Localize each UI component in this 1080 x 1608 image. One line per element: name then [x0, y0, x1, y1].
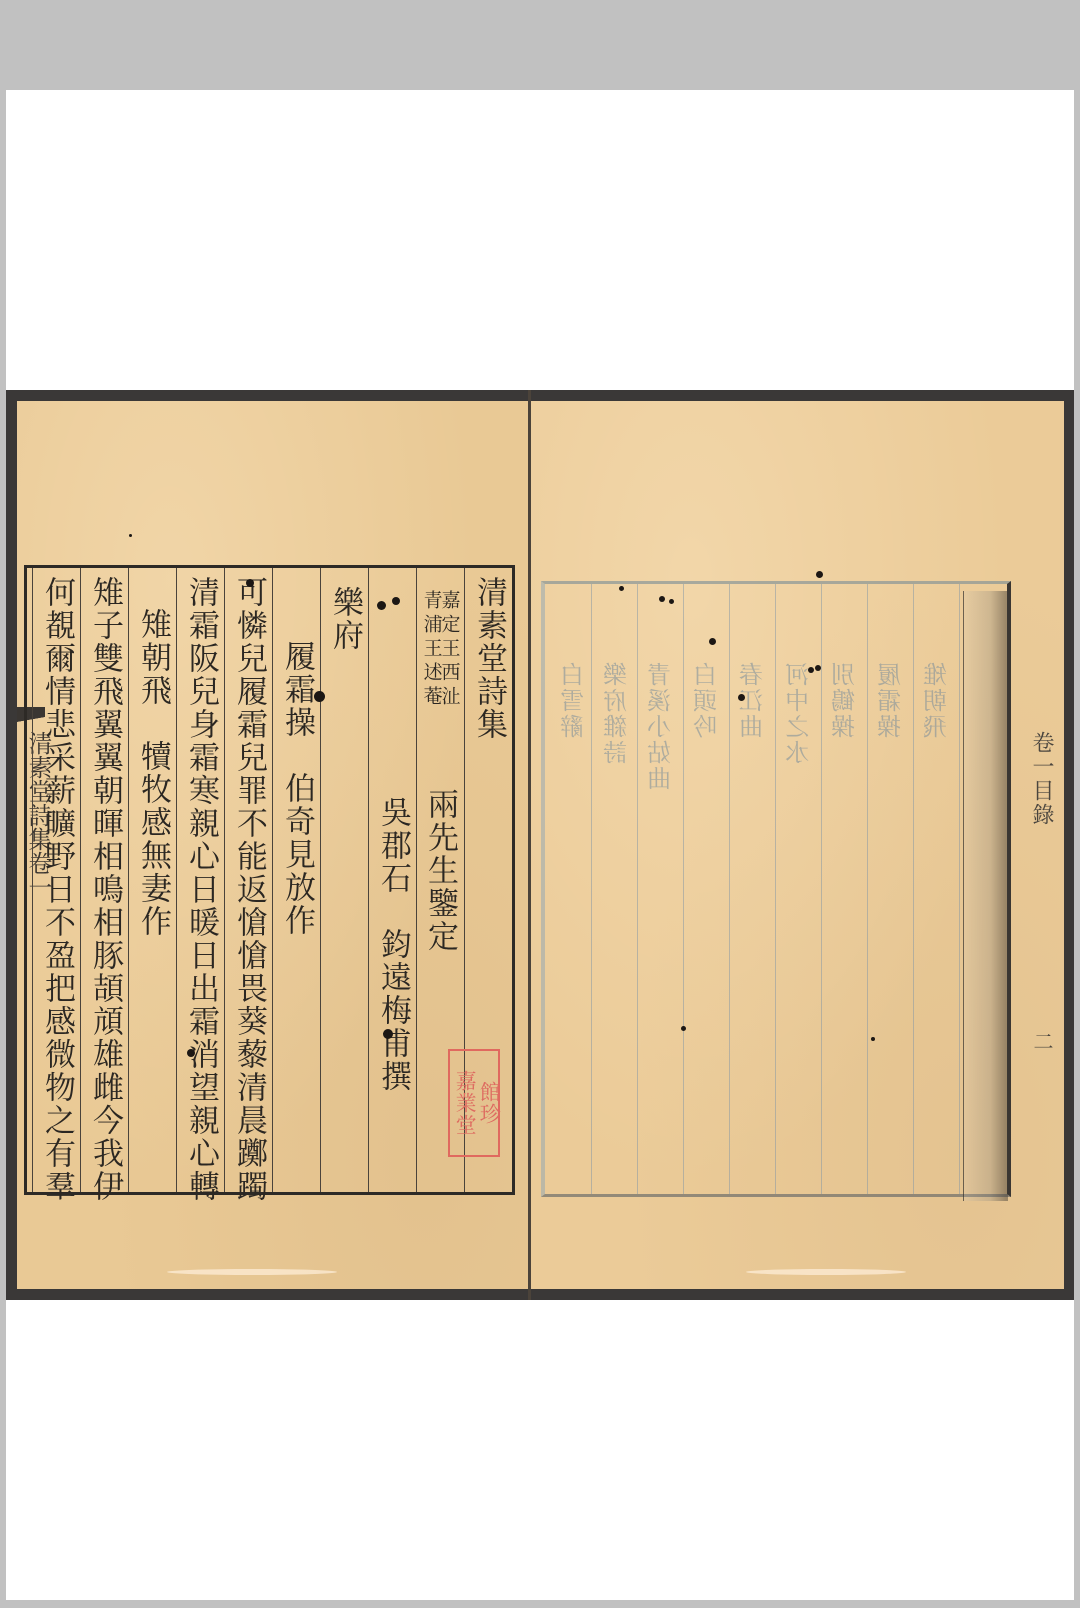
seal-text-left: 館珍 [477, 1054, 501, 1152]
wormhole-mark [681, 1026, 686, 1031]
wormhole-mark [246, 579, 254, 587]
ghost-rule [637, 584, 638, 1194]
fore-edge-label: 卷一目錄 [1026, 731, 1057, 827]
poem1-line1: 可憐兒履霜兒罪不能返愴愴畏葵藜清晨躑躅 [233, 576, 264, 1203]
ghost-rule [867, 584, 868, 1194]
wormhole-mark [808, 667, 814, 673]
poem2-title: 雉朝飛 犢牧感無妻作 [137, 608, 168, 938]
wormhole-mark [619, 586, 624, 591]
wormhole-mark [669, 599, 674, 604]
ghost-rule [821, 584, 822, 1194]
section-heading: 樂府 [329, 586, 360, 652]
text-frame-bleed-through: 白雪辭 樂府雜詩 青溪小姑曲 白頭吟 春江曲 河中之水 別鶴操 履霜操 雉朝飛 [541, 581, 1011, 1197]
wormhole-mark [709, 638, 716, 645]
ghost-rule [959, 584, 960, 1194]
wormhole-mark [187, 1049, 195, 1057]
left-page: 清素堂詩集卷一 清素堂詩集 嘉定王西沚 青浦王述菴 兩先生鑒定 吳郡石 鈞遠梅甫… [17, 401, 528, 1289]
wormhole-mark [377, 601, 386, 610]
bleed-text: 樂府雜詩 [600, 662, 635, 766]
poem2-line1: 雉子雙飛翼翼朝暉相鳴相豚頡頏雄雌今我伊 [89, 576, 120, 1203]
fore-edge: 卷一目錄 二 [1016, 581, 1061, 1191]
column-section: 樂府 [320, 568, 368, 1192]
column-author: 吳郡石 鈞遠梅甫撰 [368, 568, 416, 1192]
bleed-text: 春江曲 [736, 662, 771, 740]
ghost-rule [729, 584, 730, 1194]
ghost-rule [683, 584, 684, 1194]
wormhole-mark [871, 1037, 875, 1041]
page-tear [746, 1269, 906, 1275]
column-poem2-line1: 雉子雙飛翼翼朝暉相鳴相豚頡頏雄雌今我伊 [80, 568, 128, 1192]
editors-line-c: 兩先生鑒定 [424, 788, 455, 953]
poem1-title: 履霜操 伯奇見放作 [281, 640, 312, 937]
wormhole-mark [383, 1029, 393, 1039]
book-title: 清素堂詩集 [473, 576, 504, 741]
bleed-text: 青溪小姑曲 [644, 662, 679, 792]
wormhole-mark [816, 571, 823, 578]
column-poem1-title: 履霜操 伯奇見放作 [272, 568, 320, 1192]
page-crack-damage [963, 591, 1008, 1201]
collector-seal: 嘉業堂 館珍 [448, 1049, 500, 1157]
column-poem1-line1: 可憐兒履霜兒罪不能返愴愴畏葵藜清晨躑躅 [224, 568, 272, 1192]
poem2-line2: 何覩爾情悲采薪曠野日不盈把感微物之有羣 [41, 576, 72, 1203]
bleed-text: 別鶴操 [828, 662, 863, 740]
wormhole-mark [815, 665, 821, 671]
wormhole-mark [738, 694, 745, 701]
ghost-rule [775, 584, 776, 1194]
column-poem2-line2: 何覩爾情悲采薪曠野日不盈把感微物之有羣 [32, 568, 80, 1192]
bleed-text: 雉朝飛 [920, 662, 955, 740]
bleed-text: 履霜操 [874, 662, 909, 740]
right-page: 白雪辭 樂府雜詩 青溪小姑曲 白頭吟 春江曲 河中之水 別鶴操 履霜操 雉朝飛 … [531, 401, 1064, 1289]
author-line: 吳郡石 鈞遠梅甫撰 [377, 796, 408, 1093]
bleed-text: 白雪辭 [557, 662, 592, 740]
column-poem1-line2: 清霜阪兒身霜寒親心日暖日出霜消望親心轉 [176, 568, 224, 1192]
seal-text-right: 嘉業堂 [453, 1054, 477, 1152]
column-poem2-title: 雉朝飛 犢牧感無妻作 [128, 568, 176, 1192]
page-tear [167, 1269, 337, 1275]
poem1-line2: 清霜阪兒身霜寒親心日暖日出霜消望親心轉 [185, 576, 216, 1203]
text-frame: 清素堂詩集 嘉定王西沚 青浦王述菴 兩先生鑒定 吳郡石 鈞遠梅甫撰 樂府 履霜操… [24, 565, 515, 1195]
fore-edge-page-number: 二 [1028, 1031, 1057, 1051]
bleed-text: 河中之水 [782, 662, 817, 766]
wormhole-mark [392, 597, 400, 605]
book-spread-image: 清素堂詩集卷一 清素堂詩集 嘉定王西沚 青浦王述菴 兩先生鑒定 吳郡石 鈞遠梅甫… [6, 390, 1074, 1300]
ghost-rule [913, 584, 914, 1194]
editors-line-b: 青浦王述菴 [422, 590, 441, 710]
wormhole-mark [314, 691, 325, 702]
bleed-text: 白頭吟 [690, 662, 725, 740]
wormhole-mark [659, 596, 665, 602]
speck-mark [129, 534, 132, 537]
